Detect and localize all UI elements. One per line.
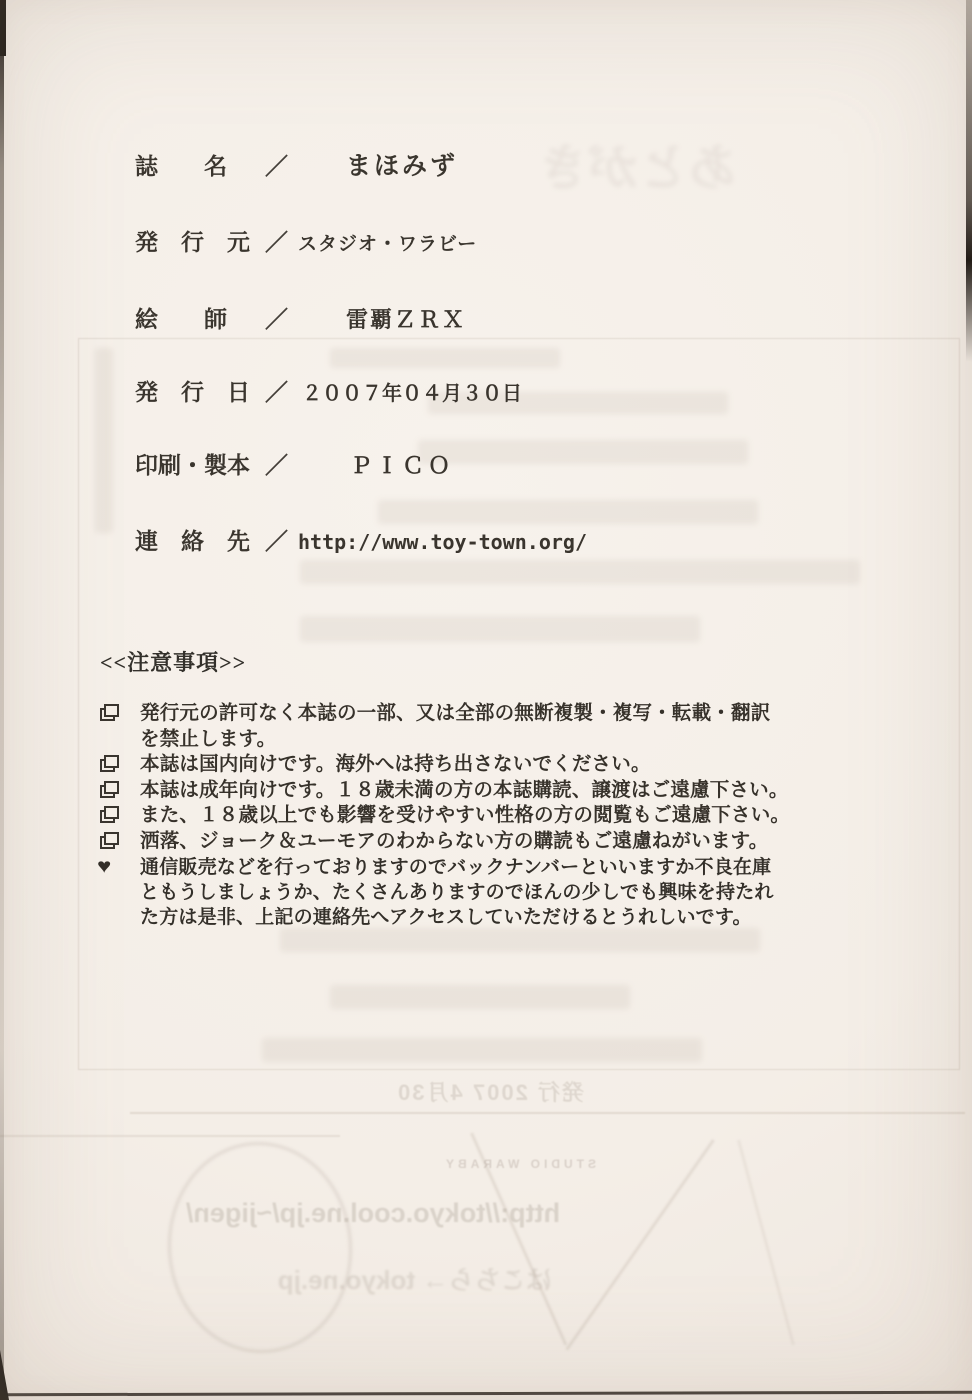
field-label-contact: 連 絡 先 <box>135 523 263 556</box>
field-separator: ／ <box>265 447 288 480</box>
colophon-row-publisher: 発 行 元 ／ スタジオ・ワラビー <box>135 224 477 257</box>
field-separator: ／ <box>265 301 288 334</box>
checkbox-icon <box>100 755 119 772</box>
field-value-printer: ＰＩＣＯ <box>350 449 454 480</box>
scanned-colophon-page: あとがき 発行 2007 4月30 STUDIO WARABY http://t… <box>0 0 972 1400</box>
bleedthrough-line <box>0 1135 340 1137</box>
bleedthrough-link-line: はこちら→ tokyo.ne.jp <box>195 1260 635 1297</box>
colophon-row-printer: 印刷・製本 ／ ＰＩＣＯ <box>135 447 454 480</box>
checkbox-icon <box>100 806 119 823</box>
bleedthrough-smudge <box>378 500 758 524</box>
colophon-row-title: 誌 名 ／ まほみず <box>135 146 458 182</box>
field-value-contact-url: http://www.toy-town.org/ <box>298 530 587 554</box>
bleedthrough-smudge <box>330 348 560 368</box>
field-separator: ／ <box>265 523 288 556</box>
bleedthrough-smudge <box>300 616 700 642</box>
note-item: 本誌は国内向けです。海外へは持ち出さないでください。 <box>100 752 890 778</box>
field-separator: ／ <box>265 148 288 181</box>
field-label-artist: 絵 師 <box>135 301 263 334</box>
notes-list: 発行元の許可なく本誌の一部、又は全部の無断複製・複写・転載・翻訳 を禁止します。… <box>100 701 890 931</box>
bleedthrough-date-line: 発行 2007 4月30 <box>330 1076 650 1107</box>
bleedthrough-smudge <box>418 440 748 464</box>
bleedthrough-smudge <box>330 985 630 1009</box>
field-separator: ／ <box>265 374 288 407</box>
note-text: 発行元の許可なく本誌の一部、又は全部の無断複製・複写・転載・翻訳 を禁止します。 <box>140 701 770 752</box>
note-item: 洒落、ジョーク＆ユーモアのわからない方の購読もご遠慮ねがいます。 <box>100 829 890 855</box>
field-value-issue-date: ２００７年０４月３０日 <box>302 377 522 406</box>
field-label-title: 誌 名 <box>135 148 263 181</box>
colophon-row-artist: 絵 師 ／ 雷覇ＺＲＸ <box>135 301 466 334</box>
field-label-issue-date: 発 行 日 <box>135 374 263 407</box>
checkbox-icon <box>100 781 119 798</box>
notes-heading: <<注意事項>> <box>100 646 246 677</box>
field-value-publisher: スタジオ・ワラビー <box>298 229 477 256</box>
field-label-publisher: 発 行 元 <box>135 224 263 257</box>
note-item: 発行元の許可なく本誌の一部、又は全部の無断複製・複写・転載・翻訳 を禁止します。 <box>100 701 890 752</box>
bleedthrough-smudge <box>280 928 760 952</box>
scan-edge-right <box>966 0 972 362</box>
bleedthrough-diagonal <box>737 1140 795 1346</box>
field-value-artist: 雷覇ＺＲＸ <box>346 303 466 334</box>
note-text: 本誌は国内向けです。海外へは持ち出さないでください。 <box>140 752 651 778</box>
bleedthrough-smudge <box>300 560 860 584</box>
bleedthrough-url-line: http://tokyo.cool.ne.jp/~jigen/ <box>168 1198 578 1229</box>
scan-corner-top-left <box>0 0 6 56</box>
scan-edge-bottom <box>0 1391 972 1397</box>
bleedthrough-smudge <box>262 1038 702 1062</box>
bleedthrough-smudge <box>95 348 113 533</box>
scan-edge-left <box>0 0 4 1400</box>
checkbox-icon <box>100 832 119 849</box>
scan-corner-bottom-left <box>0 1350 9 1400</box>
bleedthrough-studio-line: STUDIO WARABY <box>385 1157 653 1171</box>
colophon-row-contact: 連 絡 先 ／ http://www.toy-town.org/ <box>135 523 587 556</box>
field-value-title: まほみず <box>346 146 458 182</box>
bleedthrough-oval <box>161 1136 359 1359</box>
note-text: 本誌は成年向けです。１８歳未満の方の本誌購読、譲渡はご遠慮下さい。 <box>140 778 789 804</box>
note-text: 通信販売などを行っておりますのでバックナンバーといいますか不良在庫 ともうしまし… <box>140 855 774 931</box>
note-item: ♥ 通信販売などを行っておりますのでバックナンバーといいますか不良在庫 ともうし… <box>100 855 890 931</box>
note-text: また、１８歳以上でも影響を受けやすい性格の方の閲覧もご遠慮下さい。 <box>140 803 790 829</box>
field-label-printer: 印刷・製本 <box>135 447 263 480</box>
colophon-row-issue-date: 発 行 日 ／ ２００７年０４月３０日 <box>135 374 522 407</box>
note-text: 洒落、ジョーク＆ユーモアのわからない方の購読もご遠慮ねがいます。 <box>140 829 768 855</box>
bleedthrough-afterword-title: あとがき <box>548 128 738 200</box>
checkbox-icon <box>100 704 119 721</box>
note-item: また、１８歳以上でも影響を受けやすい性格の方の閲覧もご遠慮下さい。 <box>100 803 890 829</box>
field-separator: ／ <box>265 224 288 257</box>
heart-icon: ♥ <box>97 858 143 874</box>
note-item: 本誌は成年向けです。１８歳未満の方の本誌購読、譲渡はご遠慮下さい。 <box>100 778 890 804</box>
bleedthrough-line <box>130 1112 965 1114</box>
